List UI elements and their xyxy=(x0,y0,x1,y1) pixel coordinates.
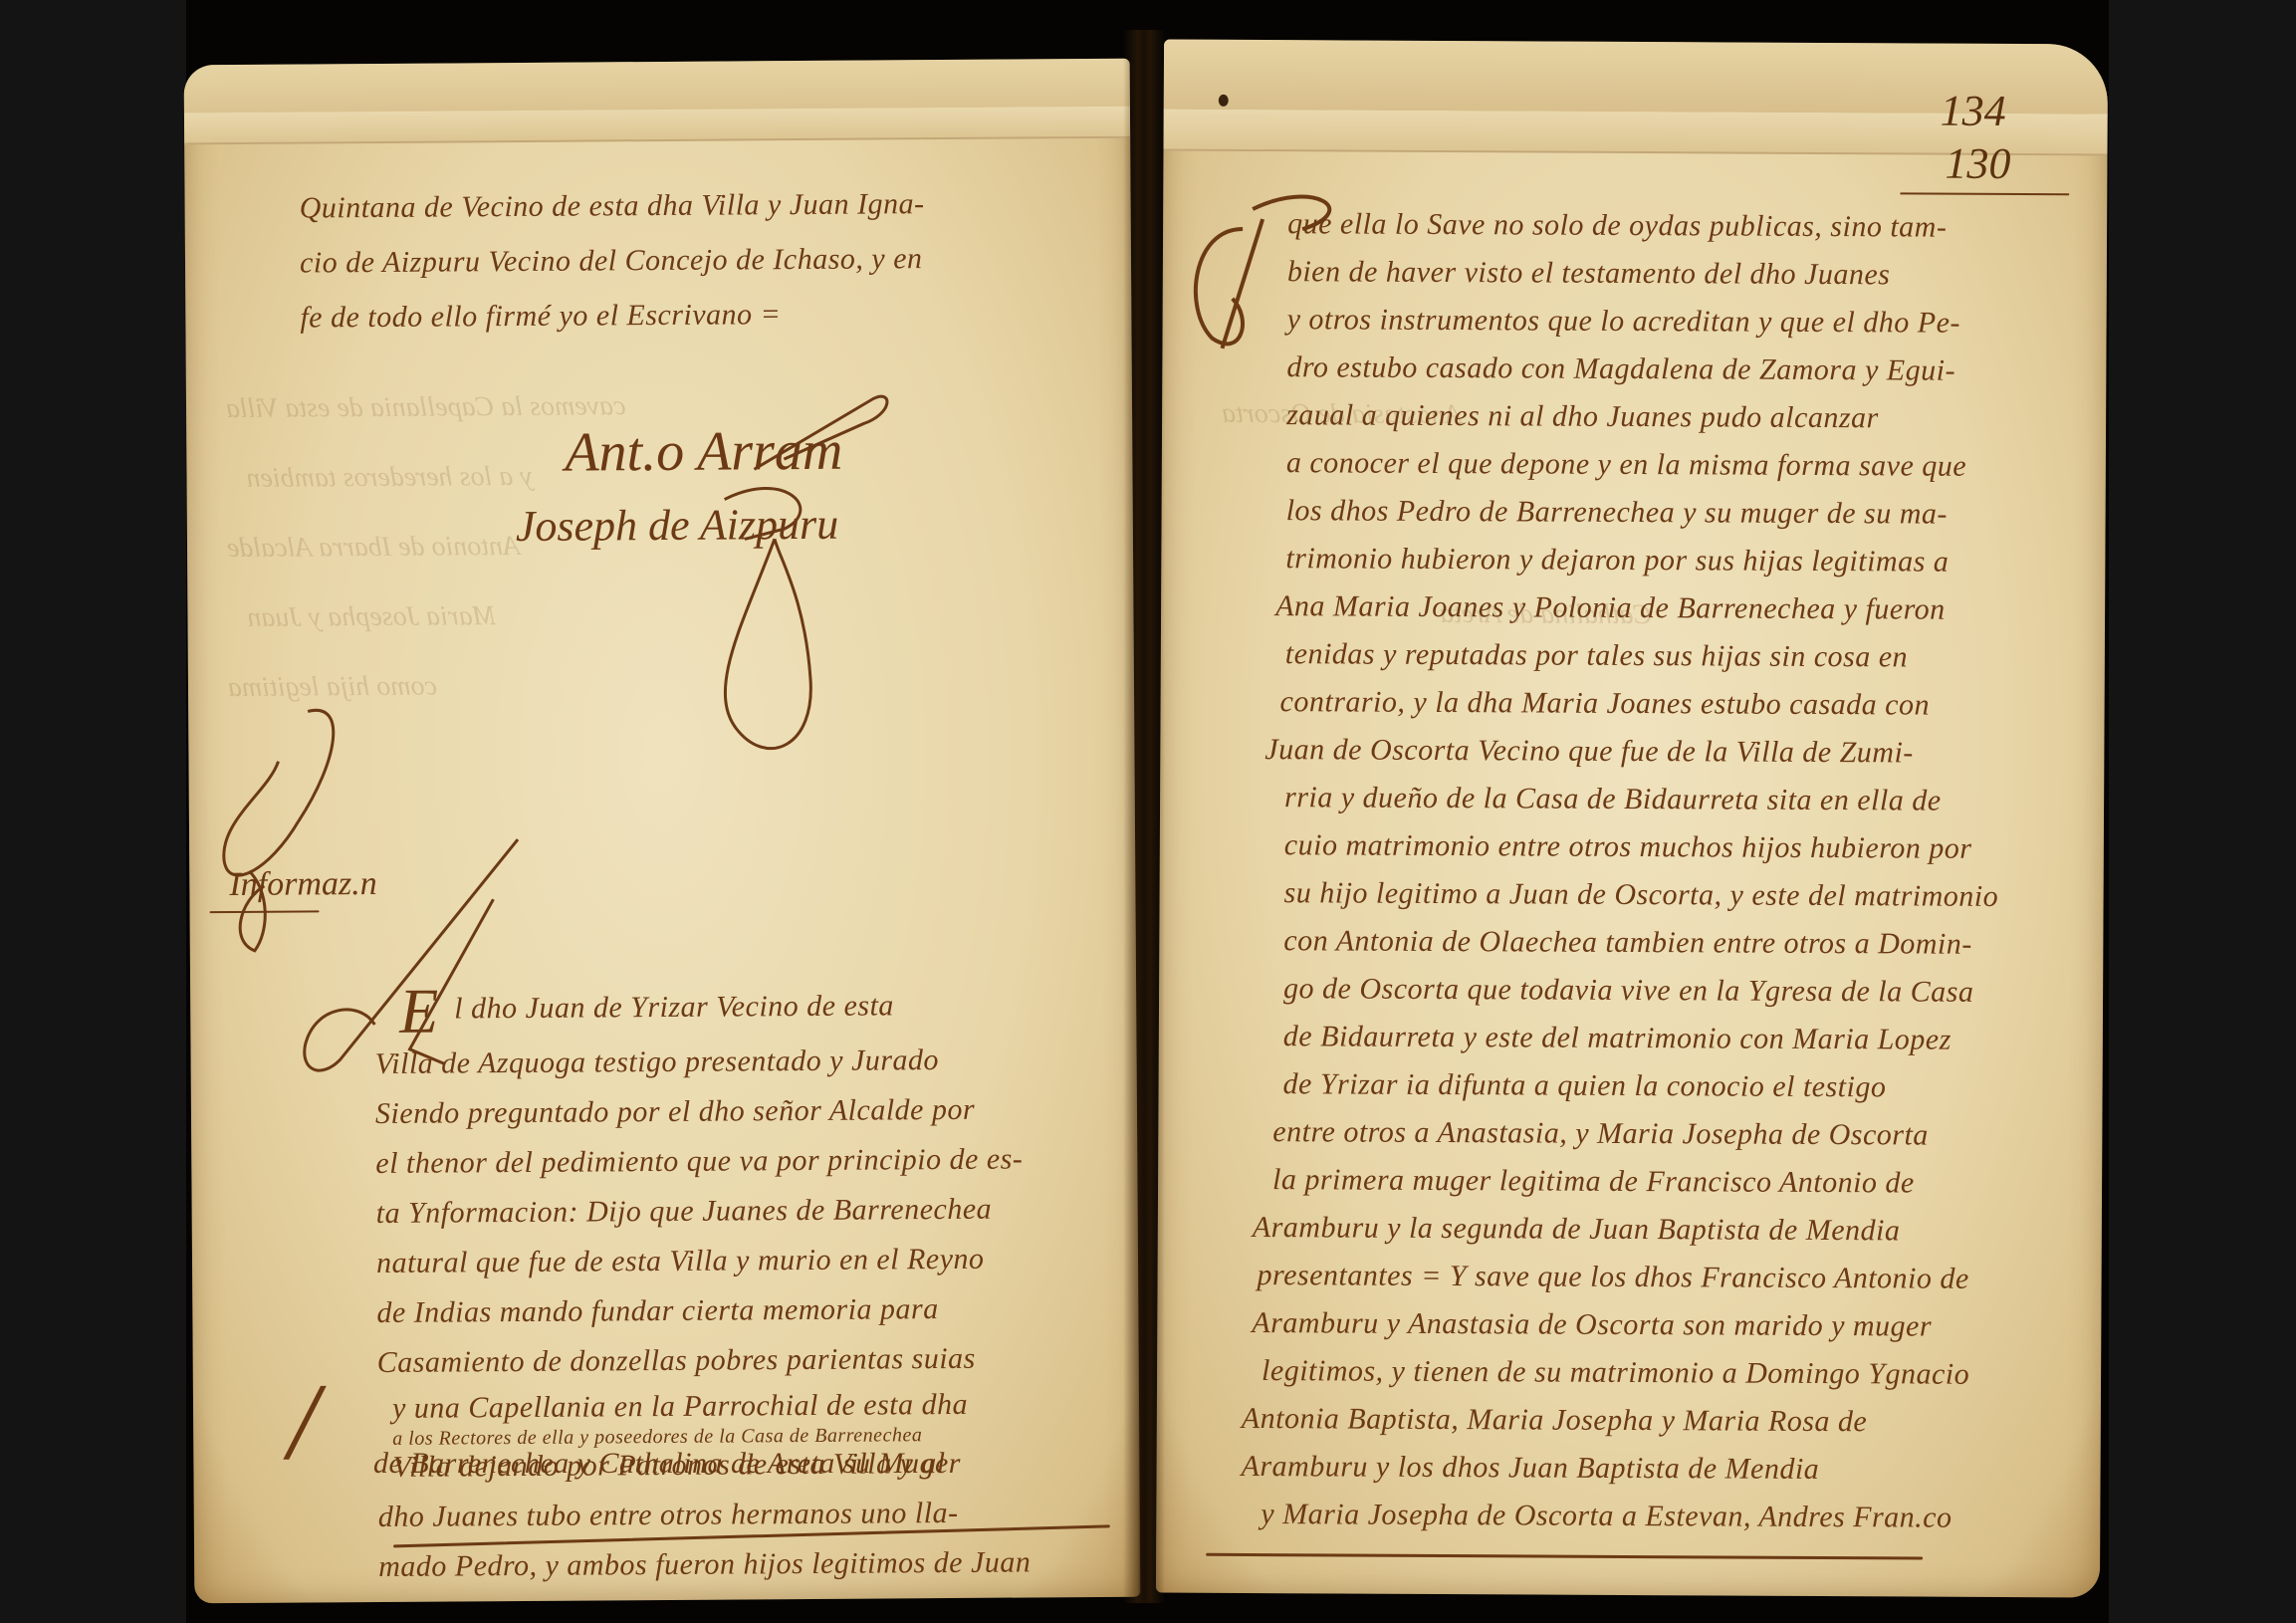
text-line: tenidas y reputadas por tales sus hijas … xyxy=(1285,639,1908,672)
text-line: rria y dueño de la Casa de Bidaurreta si… xyxy=(1284,783,1942,815)
testimony-initial: E xyxy=(399,975,439,1048)
text-line: cuio matrimonio entre otros muchos hijos… xyxy=(1284,830,1972,864)
text-line: dho Juanes tubo entre otros hermanos uno… xyxy=(378,1499,959,1532)
text-line: a conocer el que depone y en la misma fo… xyxy=(1286,448,1966,482)
text-line: de Bidaurreta y este del matrimonio con … xyxy=(1283,1022,1952,1055)
text-line: de Barrenechea y Cathalina de Areta su M… xyxy=(373,1449,961,1479)
closing-rule xyxy=(1206,1553,1923,1560)
text-line: los dhos Pedro de Barrenechea y su muger… xyxy=(1286,496,1948,529)
text-line: presentantes = Y save que los dhos Franc… xyxy=(1258,1261,1969,1294)
text-line: Casamiento de donzellas pobres parientas… xyxy=(377,1344,976,1378)
left-page: cavemos la Capellania de esta Villa y a … xyxy=(184,59,1141,1604)
text-line: Aramburu y Anastasia de Oscorta son mari… xyxy=(1252,1308,1932,1342)
bleed-through-text: Maria Josepha y Juan xyxy=(247,600,496,634)
text-line: cio de Aizpuru Vecino del Concejo de Ich… xyxy=(300,244,923,278)
text-line: Ana Maria Joanes y Polonia de Barreneche… xyxy=(1275,591,1946,625)
text-line: Antonia Baptista, Maria Josepha y Maria … xyxy=(1242,1404,1868,1437)
book-gutter xyxy=(1123,30,1165,1603)
text-line: mado Pedro, y ambos fueron hijos legitim… xyxy=(378,1547,1031,1582)
text-line: Juan de Oscorta Vecino que fue de la Vil… xyxy=(1264,735,1914,768)
text-line: bien de haver visto el testamento del dh… xyxy=(1287,257,1891,290)
text-line: fe de todo ello firmé yo el Escrivano = xyxy=(300,300,781,333)
text-line: y Maria Josepha de Oscorta a Estevan, An… xyxy=(1261,1500,1952,1533)
text-line: Siendo preguntado por el dho señor Alcal… xyxy=(375,1095,975,1129)
text-line: zaual a quienes ni al dho Juanes pudo al… xyxy=(1286,400,1879,433)
page-edge-layer xyxy=(184,107,1130,145)
text-line: trimonio hubieron y dejaron por sus hija… xyxy=(1285,544,1949,577)
folio-underline xyxy=(1900,192,2069,195)
bleed-through-text: y a los herederos tambien xyxy=(246,461,532,495)
text-line: y otros instrumentos que lo acreditan y … xyxy=(1287,305,1960,339)
text-line: de Yrizar ia difunta a quien la conocio … xyxy=(1283,1069,1887,1102)
text-line: entre otros a Anastasia, y Maria Josepha… xyxy=(1272,1117,1929,1150)
folio-number-lower: 130 xyxy=(1945,138,2010,189)
text-line: Aramburu y la segunda de Juan Baptista d… xyxy=(1253,1213,1901,1246)
text-line: Quintana de Vecino de esta dha Villa y J… xyxy=(300,189,925,223)
text-line: y una Capellania en la Parrochial de est… xyxy=(392,1390,968,1424)
text-line: legitimos, y tienen de su matrimonio a D… xyxy=(1262,1356,1969,1390)
margin-mark: / xyxy=(288,1358,319,1485)
bleed-through-text: como hija legitima xyxy=(228,671,437,704)
text-line: la primera muger legitima de Francisco A… xyxy=(1272,1165,1915,1198)
text-line: su hijo legitimo a Juan de Oscorta, y es… xyxy=(1284,878,1999,912)
text-line: contrario, y la dha Maria Joanes estubo … xyxy=(1280,687,1931,720)
text-line: Villa de Azquoga testigo presentado y Ju… xyxy=(375,1045,940,1079)
bleed-through-text: Antonio de Ibarra Alcalde xyxy=(227,531,520,565)
text-line: que ella lo Save no solo de oydas public… xyxy=(1287,209,1947,242)
text-line: ta Ynformacion: Dijo que Juanes de Barre… xyxy=(376,1195,993,1229)
text-line: Aramburu y los dhos Juan Baptista de Men… xyxy=(1242,1452,1820,1485)
text-line: de Indias mando fundar cierta memoria pa… xyxy=(376,1294,938,1328)
text-line: go de Oscorta que todavia vive en la Ygr… xyxy=(1283,974,1973,1008)
text-line: natural que fue de esta Villa y murio en… xyxy=(376,1245,985,1278)
signature-stroke-icon xyxy=(744,388,904,479)
text-line: el thenor del pedimiento que va por prin… xyxy=(375,1144,1023,1179)
right-page: 134 130 Anastasia de Oscorta Cathalina d… xyxy=(1156,40,2108,1598)
folio-number-upper: 134 xyxy=(1941,86,2006,136)
signature-flourish-icon xyxy=(685,479,846,779)
binding-hole xyxy=(1219,95,1229,107)
text-line: l dho Juan de Yrizar Vecino de esta xyxy=(454,991,894,1024)
text-line: dro estubo casado con Magdalena de Zamor… xyxy=(1286,352,1955,386)
text-line: con Antonia de Olaechea tambien entre ot… xyxy=(1283,926,1972,960)
